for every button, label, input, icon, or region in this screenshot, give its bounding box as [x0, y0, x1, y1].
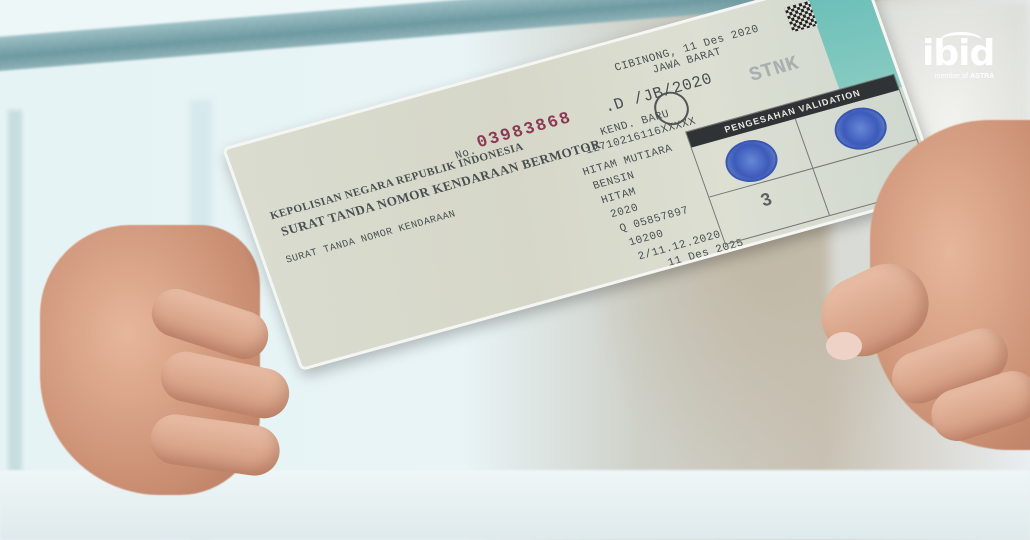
logo-arc-icon	[940, 32, 982, 49]
validation-stamp-icon	[719, 134, 783, 188]
tagline-brand: ASTRA	[970, 73, 994, 80]
stnk-watermark: STNK	[746, 53, 802, 88]
validation-number: 3	[758, 189, 775, 212]
logo-tagline: member of ASTRA	[922, 73, 994, 80]
window-pole	[8, 110, 22, 530]
ibid-logo: ibid member of ASTRA	[922, 36, 994, 80]
tagline-prefix: member of	[935, 73, 968, 80]
photo-scene: CIBINONG, 11 Des 2020 JAWA BARAT STNK KE…	[0, 0, 1030, 540]
right-thumbnail	[826, 332, 862, 360]
